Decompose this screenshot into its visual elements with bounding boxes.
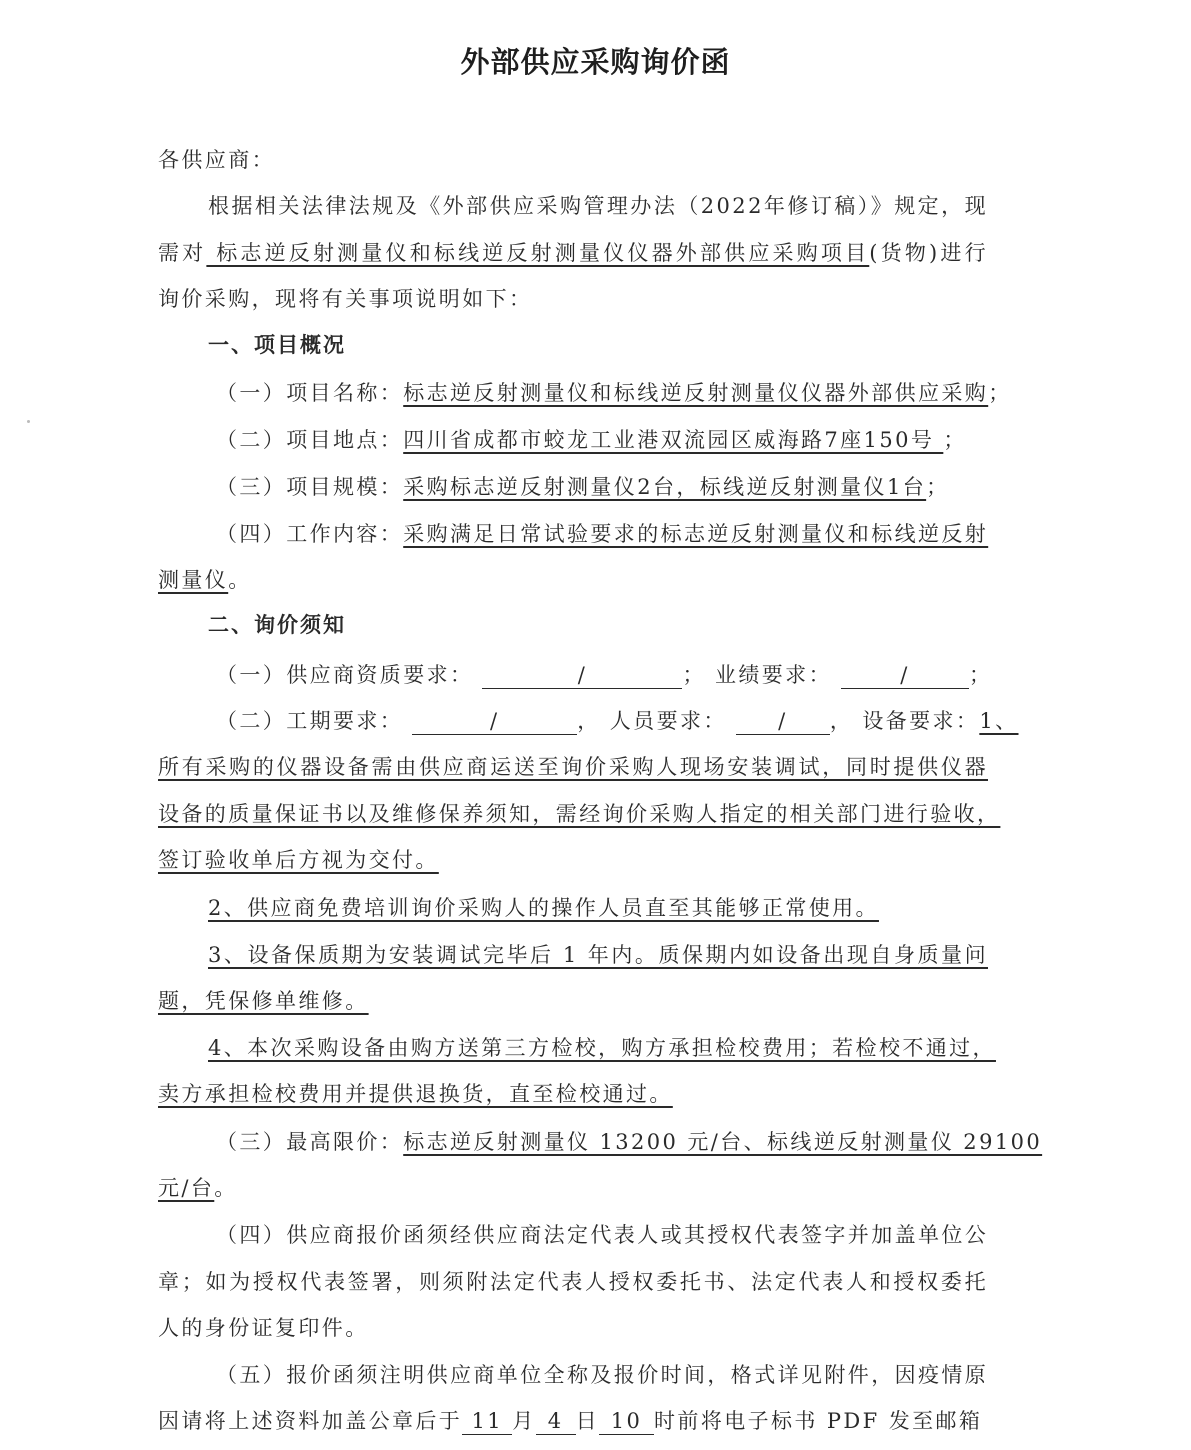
- work-content-label: （四）工作内容：: [216, 522, 403, 546]
- document-title: 外部供应采购询价函: [0, 40, 1191, 81]
- intro-suffix: (货物)进行: [869, 241, 988, 265]
- point-4-text: 卖方承担检校费用并提供退换货，直至检校通过。: [158, 1082, 673, 1106]
- point-4-line-1: 4、本次采购设备由购方送第三方检校，购方承担检校费用；若检校不通过，: [208, 1033, 988, 1063]
- project-scale-row: （三）项目规模：采购标志逆反射测量仪2台，标线逆反射测量仪1台；: [216, 472, 988, 502]
- project-scale-label: （三）项目规模：: [216, 475, 403, 499]
- equipment-text: 签订验收单后方视为交付。: [158, 848, 439, 872]
- performance-blank: /: [841, 662, 969, 689]
- project-scale-value: 采购标志逆反射测量仪2台，标线逆反射测量仪1台: [403, 475, 926, 499]
- section-1-heading: 一、项目概况: [208, 330, 988, 360]
- point-4-line-2: 卖方承担检校费用并提供退换货，直至检校通过。: [158, 1079, 988, 1109]
- submission-prefix: 因请将上述资料加盖公章后于: [158, 1409, 462, 1433]
- submission-line-2: 因请将上述资料加盖公章后于11月4日10时前将电子标书 PDF 发至邮箱: [158, 1406, 988, 1436]
- point-3-line-1: 3、设备保质期为安装调试完毕后 1 年内。质保期内如设备出现自身质量问: [208, 940, 988, 970]
- staff-label: 人员要求：: [610, 709, 727, 733]
- equipment-line-3: 签订验收单后方视为交付。: [158, 845, 988, 875]
- punct: ；: [988, 381, 1011, 405]
- period-label: （二）工期要求：: [216, 709, 403, 733]
- project-location-label: （二）项目地点：: [216, 428, 403, 452]
- project-location-row: （二）项目地点：四川省成都市蛟龙工业港双流园区威海路7座150号 ；: [216, 425, 988, 455]
- signature-line-3: 人的身份证复印件。: [158, 1313, 988, 1343]
- project-name-row: （一）项目名称：标志逆反射测量仪和标线逆反射测量仪仪器外部供应采购；: [216, 378, 988, 408]
- intro-line-2: 需对 标志逆反射测量仪和标线逆反射测量仪仪器外部供应采购项目(货物)进行: [158, 238, 988, 268]
- signature-line-2: 章；如为授权代表签署，则须附法定代表人授权委托书、法定代表人和授权委托: [158, 1267, 988, 1297]
- punct: 。: [228, 568, 251, 592]
- day-label: 日: [576, 1409, 599, 1433]
- month-label: 月: [512, 1409, 535, 1433]
- max-price-label: （三）最高限价：: [216, 1130, 403, 1154]
- equipment-label: 设备要求：: [862, 709, 979, 733]
- max-price-value: 标志逆反射测量仪 13200 元/台、标线逆反射测量仪 29100: [403, 1130, 1042, 1154]
- project-name-value: 标志逆反射测量仪和标线逆反射测量仪仪器外部供应采购: [403, 381, 988, 405]
- point-3-text: 3、设备保质期为安装调试完毕后 1 年内。质保期内如设备出现自身质量问: [208, 943, 988, 967]
- project-name-underlined: 标志逆反射测量仪和标线逆反射测量仪仪器外部供应采购项目: [206, 241, 869, 265]
- document-page: 外部供应采购询价函 各供应商： 根据相关法律法规及《外部供应采购管理办法（202…: [0, 0, 1191, 1450]
- equipment-line-2: 设备的质量保证书以及维修保养须知，需经询价采购人指定的相关部门进行验收，: [158, 799, 988, 829]
- deadline-hour: 10: [599, 1408, 654, 1435]
- point-2: 2、供应商免费培训询价采购人的操作人员直至其能够正常使用。: [208, 893, 988, 923]
- intro-line-1: 根据相关法律法规及《外部供应采购管理办法（2022年修订稿）》规定，现: [208, 191, 988, 221]
- signature-line-1: （四）供应商报价函须经供应商法定代表人或其授权代表签字并加盖单位公: [216, 1220, 988, 1250]
- punct: ；: [969, 663, 992, 687]
- scan-speck: [27, 420, 30, 423]
- intro-line-3: 询价采购，现将有关事项说明如下：: [158, 284, 988, 314]
- work-content-row-cont: 测量仪。: [158, 565, 988, 595]
- deadline-day: 4: [536, 1408, 576, 1435]
- work-content-row: （四）工作内容：采购满足日常试验要求的标志逆反射测量仪和标线逆反射: [216, 519, 988, 549]
- point-2-text: 2、供应商免费培训询价采购人的操作人员直至其能够正常使用。: [208, 896, 879, 920]
- punct: ，: [830, 709, 853, 733]
- intro-prefix: 需对: [158, 241, 206, 265]
- qualification-row: （一）供应商资质要求： /； 业绩要求： /；: [216, 660, 988, 690]
- max-price-row: （三）最高限价：标志逆反射测量仪 13200 元/台、标线逆反射测量仪 2910…: [216, 1127, 988, 1157]
- submission-line-1: （五）报价函须注明供应商单位全称及报价时间，格式详见附件，因疫情原: [216, 1360, 988, 1390]
- equipment-line-1: 所有采购的仪器设备需由供应商运送至询价采购人现场安装调试，同时提供仪器: [158, 752, 988, 782]
- punct: 。: [214, 1176, 237, 1200]
- project-location-value: 四川省成都市蛟龙工业港双流园区威海路7座150号: [403, 428, 943, 452]
- period-row: （二）工期要求： /， 人员要求： /， 设备要求：1、: [216, 706, 988, 736]
- deadline-month: 11: [462, 1408, 512, 1435]
- point-4-text: 4、本次采购设备由购方送第三方检校，购方承担检校费用；若检校不通过，: [208, 1036, 996, 1060]
- period-blank: /: [412, 708, 577, 735]
- work-content-value: 采购满足日常试验要求的标志逆反射测量仪和标线逆反射: [403, 522, 988, 546]
- project-name-label: （一）项目名称：: [216, 381, 403, 405]
- submission-suffix: 时前将电子标书 PDF 发至邮箱: [654, 1409, 982, 1433]
- punct: ；: [926, 475, 949, 499]
- section-2-heading: 二、询价须知: [208, 610, 988, 640]
- salutation: 各供应商：: [158, 145, 988, 175]
- punct: ；: [682, 663, 705, 687]
- qualification-blank: /: [482, 662, 682, 689]
- qualification-label: （一）供应商资质要求：: [216, 663, 473, 687]
- equipment-text: 设备的质量保证书以及维修保养须知，需经询价采购人指定的相关部门进行验收，: [158, 802, 1000, 826]
- max-price-value-cont: 元/台: [158, 1176, 214, 1200]
- punct: ；: [943, 428, 966, 452]
- staff-blank: /: [736, 708, 830, 735]
- point-3-line-2: 题，凭保修单维修。: [158, 986, 988, 1016]
- point-3-text: 题，凭保修单维修。: [158, 989, 369, 1013]
- work-content-value-cont: 测量仪: [158, 568, 228, 592]
- equipment-start: 1、: [979, 709, 1018, 733]
- punct: ，: [577, 709, 600, 733]
- max-price-row-cont: 元/台。: [158, 1173, 988, 1203]
- equipment-text: 所有采购的仪器设备需由供应商运送至询价采购人现场安装调试，同时提供仪器: [158, 755, 988, 779]
- performance-label: 业绩要求：: [715, 663, 832, 687]
